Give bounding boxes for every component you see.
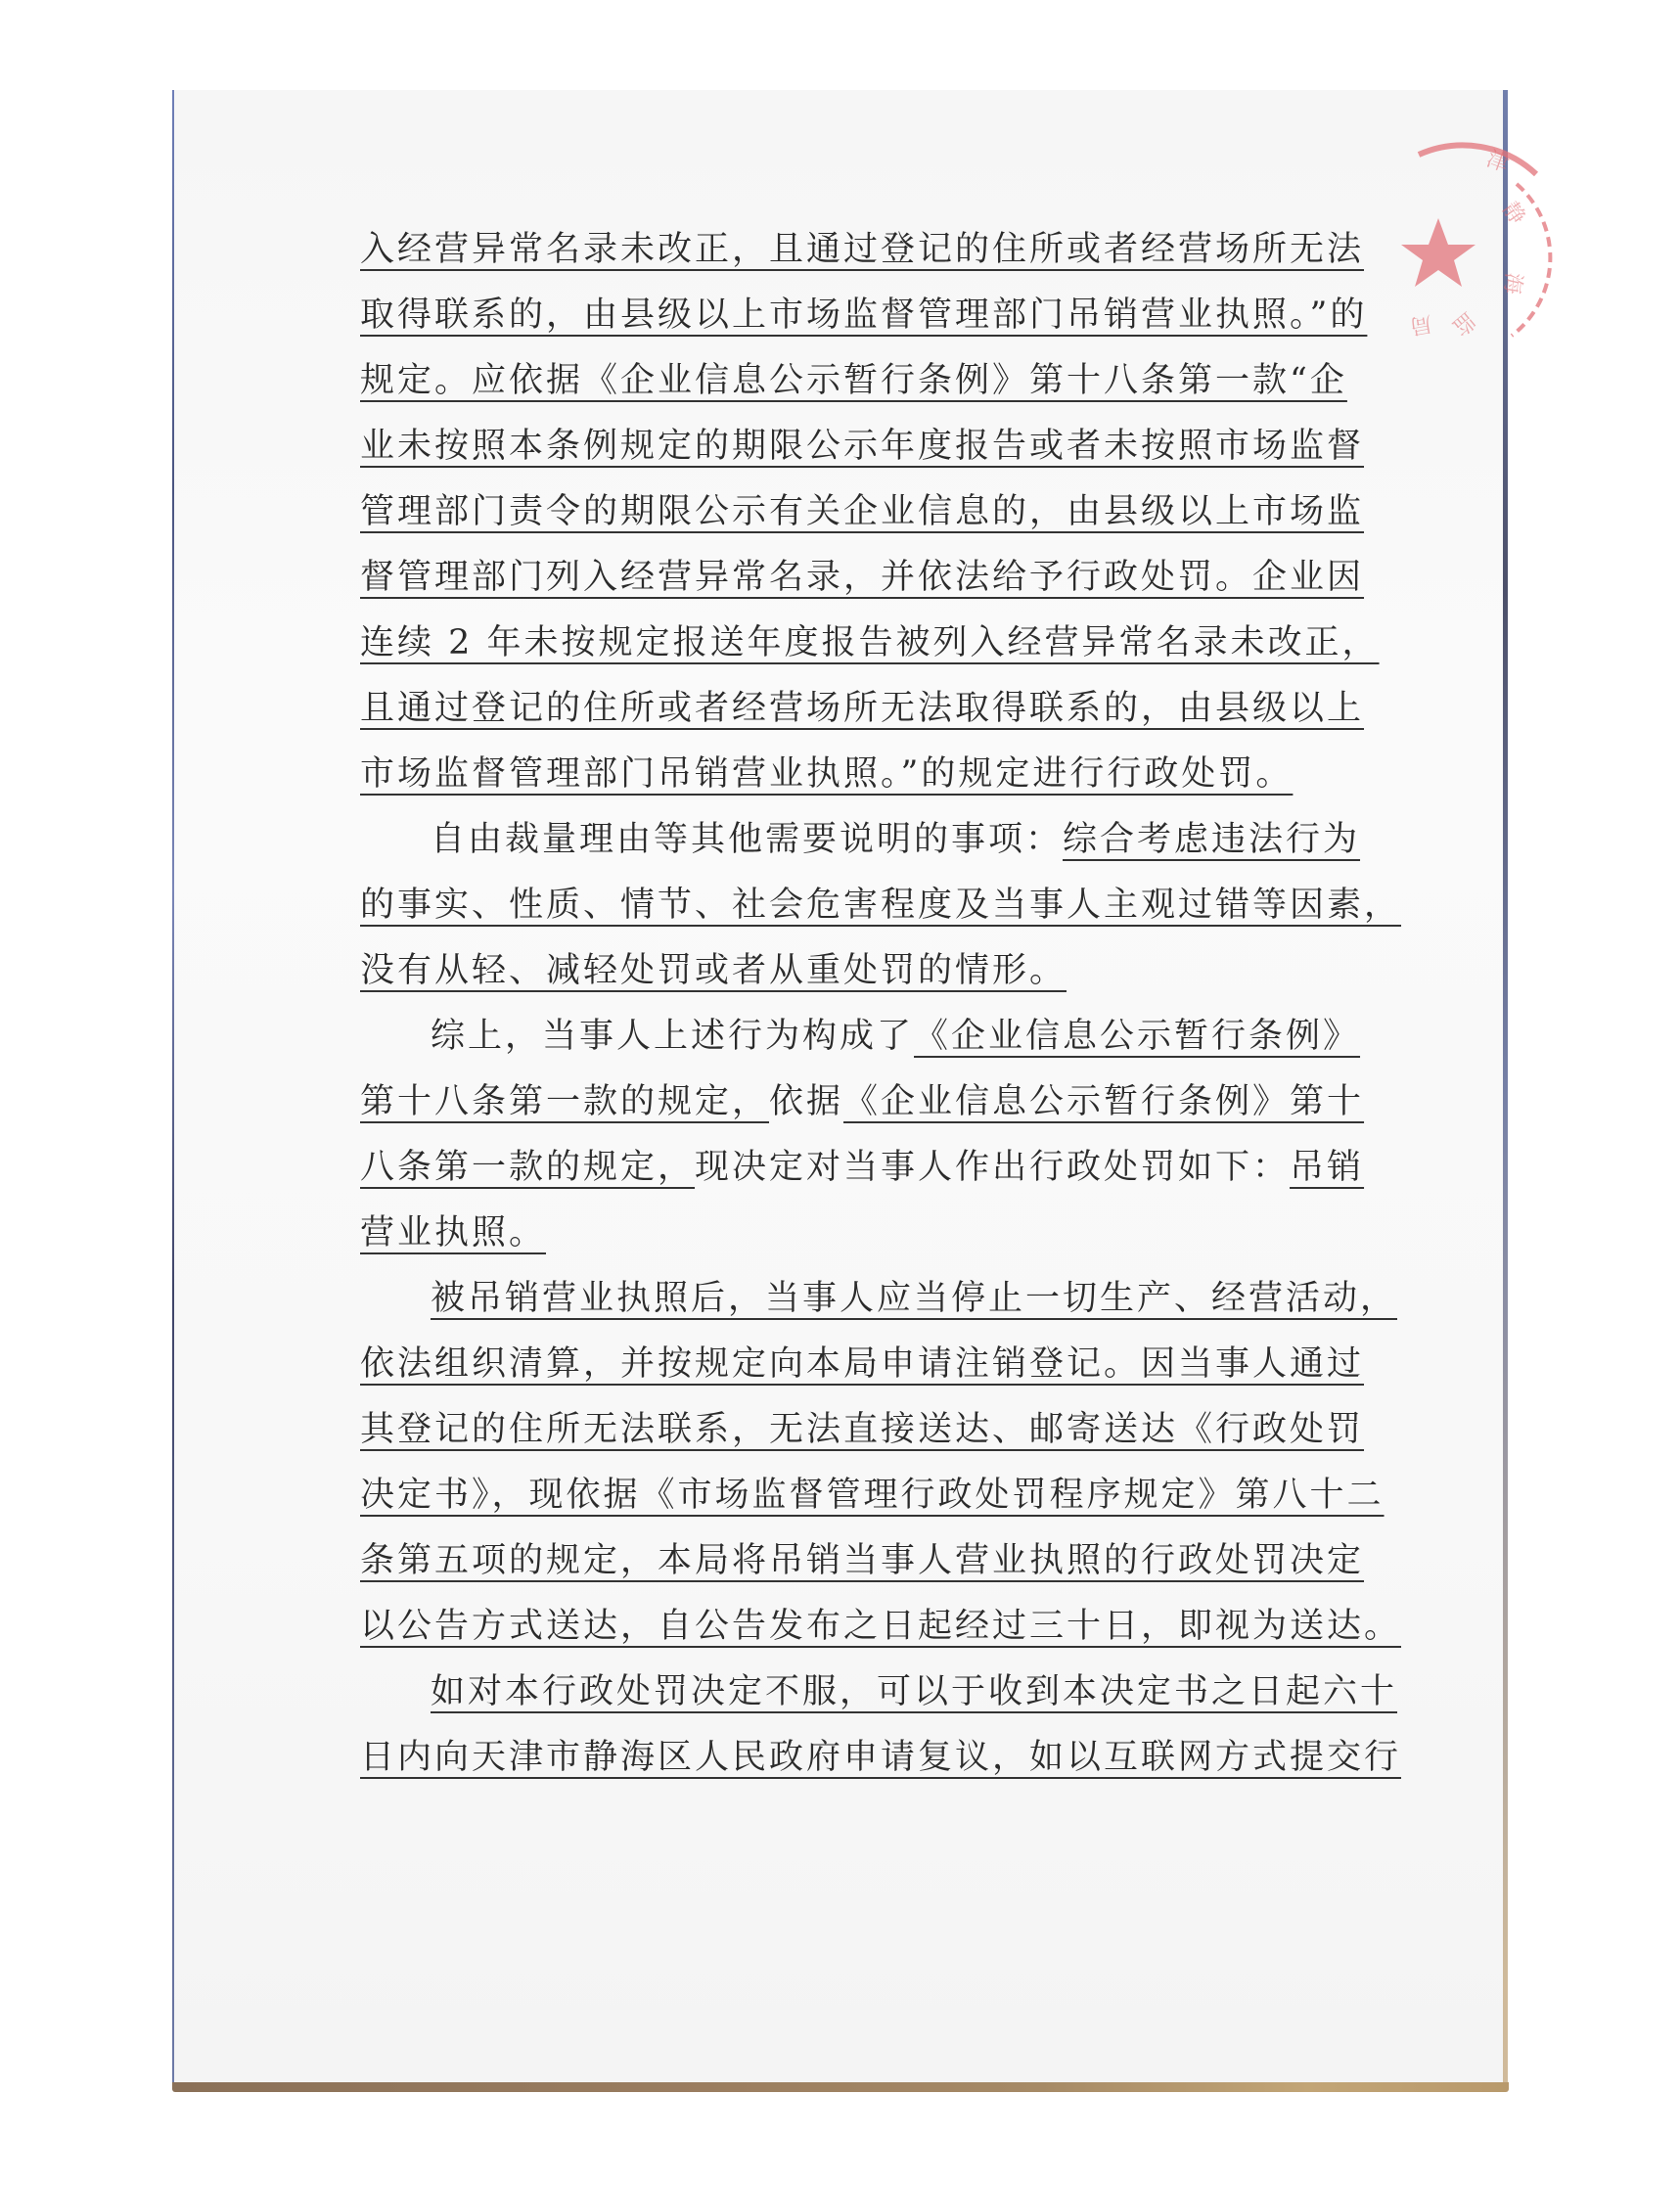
document-line: 日内向天津市静海区人民政府申请复议，如以互联网方式提交行 — [360, 1729, 1363, 1795]
document-line: 市场监督管理部门吊销营业执照。”的规定进行行政处罚。 — [360, 746, 1363, 811]
document-line: 自由裁量理由等其他需要说明的事项：综合考虑违法行为 — [360, 811, 1363, 877]
underlined-text: 的事实、性质、情节、社会危害程度及当事人主观过错等因素， — [360, 886, 1401, 925]
paper-right-edge — [1503, 90, 1508, 2086]
underlined-text: 条第五项的规定，本局将吊销当事人营业执照的行政处罚决定 — [360, 1541, 1364, 1580]
underlined-text: 业未按照本条例规定的期限公示年度报告或者未按照市场监督 — [360, 427, 1364, 466]
underlined-text: 综合考虑违法行为 — [1063, 820, 1360, 859]
document-line: 综上，当事人上述行为构成了《企业信息公示暂行条例》 — [360, 1008, 1363, 1073]
document-line: 决定书》，现依据《市场监督管理行政处罚程序规定》第八十二 — [360, 1467, 1363, 1532]
plain-text: 综上，当事人上述行为构成了 — [431, 1017, 914, 1056]
underlined-text: 没有从轻、减轻处罚或者从重处罚的情形。 — [360, 951, 1067, 990]
document-line: 八条第一款的规定，现决定对当事人作出行政处罚如下：吊销 — [360, 1139, 1363, 1205]
document-line: 没有从轻、减轻处罚或者从重处罚的情形。 — [360, 942, 1363, 1008]
document-line: 入经营异常名录未改正，且通过登记的住所或者经营场所无法 — [360, 221, 1363, 287]
document-line: 规定。应依据《企业信息公示暂行条例》第十八条第一款“企 — [360, 352, 1363, 418]
plain-text: 自由裁量理由等其他需要说明的事项： — [431, 820, 1063, 859]
document-line: 依法组织清算，并按规定向本局申请注销登记。因当事人通过 — [360, 1336, 1363, 1401]
underlined-text: 如对本行政处罚决定不服，可以于收到本决定书之日起六十 — [431, 1672, 1397, 1711]
underlined-text: 八条第一款的规定， — [360, 1148, 695, 1187]
plain-text: 现决定对当事人作出行政处罚如下： — [695, 1148, 1290, 1187]
underlined-text: 督管理部门列入经营异常名录，并依法给予行政处罚。企业因 — [360, 558, 1364, 597]
document-line: 第十八条第一款的规定，依据《企业信息公示暂行条例》第十 — [360, 1073, 1363, 1139]
underlined-text: 吊销 — [1290, 1148, 1364, 1187]
document-line: 取得联系的，由县级以上市场监督管理部门吊销营业执照。”的 — [360, 287, 1363, 352]
document-line: 的事实、性质、情节、社会危害程度及当事人主观过错等因素， — [360, 877, 1363, 942]
underlined-text: 依法组织清算，并按规定向本局申请注销登记。因当事人通过 — [360, 1344, 1364, 1384]
document-line: 营业执照。 — [360, 1205, 1363, 1270]
underlined-text: 连续 2 年未按规定报送年度报告被列入经营异常名录未改正， — [360, 623, 1380, 662]
underlined-text: 《企业信息公示暂行条例》第十 — [843, 1082, 1364, 1121]
plain-text: 依据 — [769, 1082, 843, 1121]
underlined-text: 以公告方式送达，自公告发布之日起经过三十日，即视为送达。 — [360, 1607, 1401, 1646]
document-line: 督管理部门列入经营异常名录，并依法给予行政处罚。企业因 — [360, 549, 1363, 615]
document-line: 管理部门责令的期限公示有关企业信息的，由县级以上市场监 — [360, 483, 1363, 549]
underlined-text: 规定。应依据《企业信息公示暂行条例》第十八条第一款“企 — [360, 361, 1347, 400]
underlined-text: 日内向天津市静海区人民政府申请复议，如以互联网方式提交行 — [360, 1738, 1401, 1777]
underlined-text: 被吊销营业执照后，当事人应当停止一切生产、经营活动， — [431, 1279, 1397, 1318]
underlined-text: 市场监督管理部门吊销营业执照。”的规定进行行政处罚。 — [360, 754, 1293, 794]
document-line: 如对本行政处罚决定不服，可以于收到本决定书之日起六十 — [360, 1663, 1363, 1729]
document-line: 且通过登记的住所或者经营场所无法取得联系的，由县级以上 — [360, 680, 1363, 746]
underlined-text: 管理部门责令的期限公示有关企业信息的，由县级以上市场监 — [360, 492, 1364, 531]
underlined-text: 且通过登记的住所或者经营场所无法取得联系的，由县级以上 — [360, 689, 1364, 728]
underlined-text: 决定书》，现依据《市场监督管理行政处罚程序规定》第八十二 — [360, 1476, 1385, 1515]
underlined-text: 第十八条第一款的规定， — [360, 1082, 769, 1121]
underlined-text: 其登记的住所无法联系，无法直接送达、邮寄送达《行政处罚 — [360, 1410, 1364, 1449]
underlined-text: 营业执照。 — [360, 1213, 546, 1252]
document-line: 其登记的住所无法联系，无法直接送达、邮寄送达《行政处罚 — [360, 1401, 1363, 1467]
document-line: 条第五项的规定，本局将吊销当事人营业执照的行政处罚决定 — [360, 1532, 1363, 1598]
document-line: 以公告方式送达，自公告发布之日起经过三十日，即视为送达。 — [360, 1598, 1363, 1663]
document-line: 连续 2 年未按规定报送年度报告被列入经营异常名录未改正， — [360, 615, 1363, 680]
document-line: 业未按照本条例规定的期限公示年度报告或者未按照市场监督 — [360, 418, 1363, 483]
paper-bottom-edge — [172, 2082, 1509, 2092]
underlined-text: 入经营异常名录未改正，且通过登记的住所或者经营场所无法 — [360, 230, 1364, 269]
document-line: 被吊销营业执照后，当事人应当停止一切生产、经营活动， — [360, 1270, 1363, 1336]
underlined-text: 取得联系的，由县级以上市场监督管理部门吊销营业执照。”的 — [360, 296, 1367, 335]
underlined-text: 《企业信息公示暂行条例》 — [914, 1017, 1360, 1056]
document-body: 入经营异常名录未改正，且通过登记的住所或者经营场所无法取得联系的，由县级以上市场… — [360, 221, 1363, 1795]
